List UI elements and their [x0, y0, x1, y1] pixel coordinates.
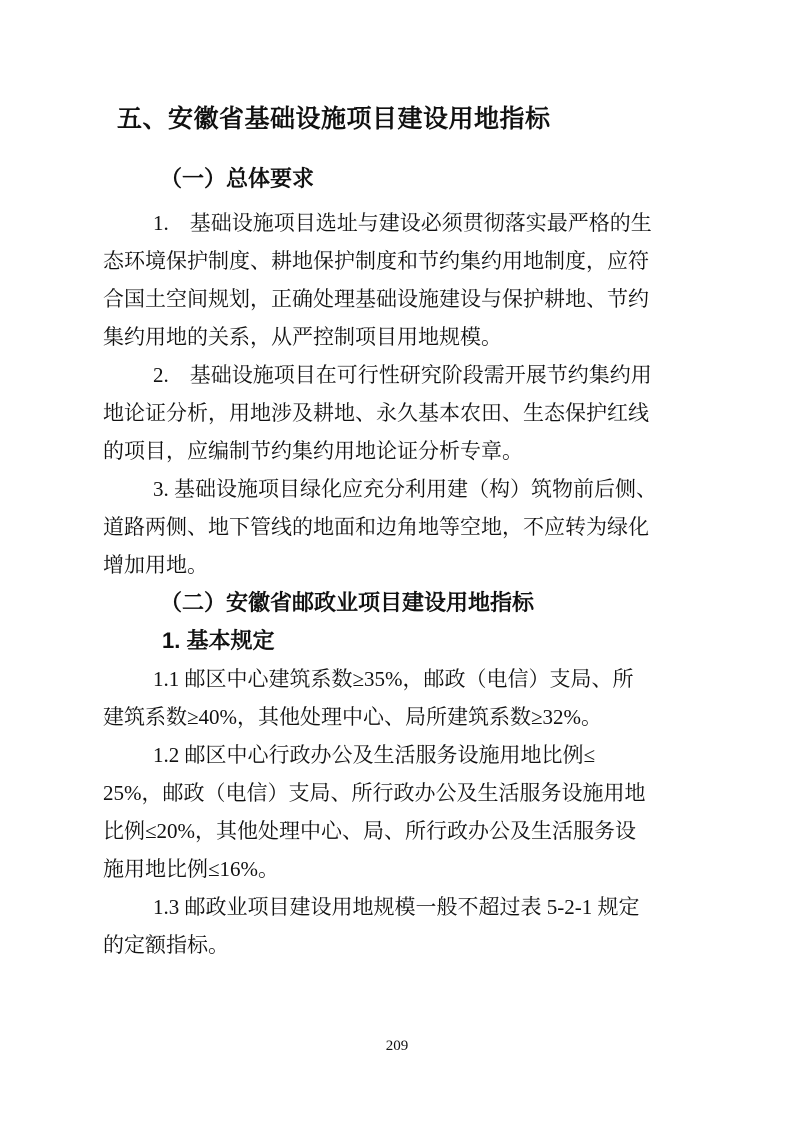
section-heading-general-requirements: （一）总体要求: [103, 160, 681, 198]
section-heading-postal-land-indicators: （二）安徽省邮政业项目建设用地指标: [103, 584, 681, 622]
document-content: 五、安徽省基础设施项目建设用地指标 （一）总体要求 1. 基础设施项目选址与建设…: [103, 101, 681, 964]
page-title: 五、安徽省基础设施项目建设用地指标: [117, 101, 681, 139]
paragraph-postal-1-1: 1.1 邮区中心建筑系数≥35%，邮政（电信）支局、所 建筑系数≥40%，其他处…: [103, 660, 681, 736]
sub-heading-basic-provisions: 1. 基本规定: [103, 622, 681, 660]
paragraph-general-1: 1. 基础设施项目选址与建设必须贯彻落实最严格的生 态环境保护制度、耕地保护制度…: [103, 204, 681, 356]
paragraph-postal-1-2: 1.2 邮区中心行政办公及生活服务设施用地比例≤ 25%，邮政（电信）支局、所行…: [103, 736, 681, 888]
paragraph-general-2: 2. 基础设施项目在可行性研究阶段需开展节约集约用 地论证分析，用地涉及耕地、永…: [103, 356, 681, 470]
page-number: 209: [0, 1036, 794, 1056]
paragraph-postal-1-3: 1.3 邮政业项目建设用地规模一般不超过表 5-2-1 规定 的定额指标。: [103, 888, 681, 964]
document-page: 五、安徽省基础设施项目建设用地指标 （一）总体要求 1. 基础设施项目选址与建设…: [0, 0, 794, 1122]
paragraph-general-3: 3. 基础设施项目绿化应充分利用建（构）筑物前后侧、 道路两侧、地下管线的地面和…: [103, 470, 681, 584]
